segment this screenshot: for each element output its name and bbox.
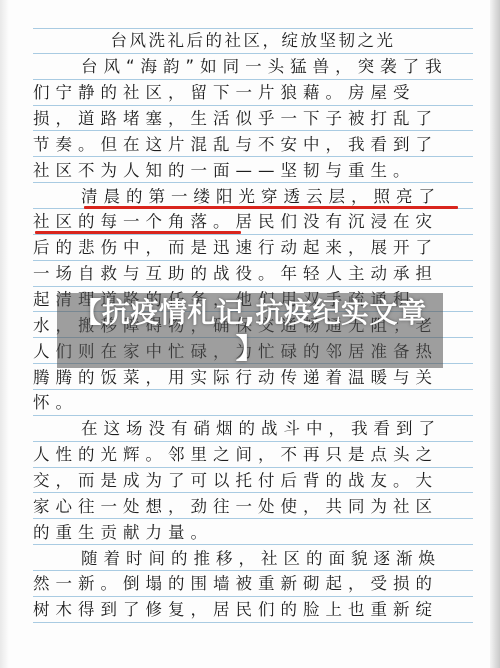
essay-line: 一场自救与互助的战役。年轻人主动承担 (33, 261, 473, 287)
red-underline-1 (84, 206, 458, 209)
essay-line: 怀。 (33, 390, 473, 416)
essay-line: 然一新。倒塌的围墙被重新砌起，受损的 (33, 571, 473, 597)
essay-line: 树木得到了修复，居民们的脸上也重新绽 (33, 597, 473, 623)
essay-line-text: 台风“海韵”如同一头猛兽，突袭了我 (81, 59, 448, 76)
essay-line-text: 人性的光辉。邻里之间，不再只是点头之 (33, 447, 438, 464)
essay-line: 后的悲伤中，而是迅速行动起来，展开了 (33, 235, 473, 261)
essay-line-text: 在这场没有硝烟的战斗中，我看到了 (81, 421, 441, 438)
photo-edge-right (490, 0, 500, 668)
essay-line-text: 交，而是成为了可以托付后背的战友。大 (33, 473, 438, 490)
essay-line: 腾腾的饭菜，用实际行动传递着温暖与关 (33, 364, 473, 390)
essay-line-text: 社区不为人知的一面——坚韧与重生。 (33, 163, 416, 180)
essay-line: 们宁静的社区，留下一片狼藉。房屋受 (33, 80, 473, 106)
photo-edge-left (0, 0, 9, 668)
essay-line-text: 一场自救与互助的战役。年轻人主动承担 (33, 266, 438, 283)
essay-line: 社区不为人知的一面——坚韧与重生。 (33, 157, 473, 183)
essay-line-text: 家心往一处想，劲往一处使，共同为社区 (33, 499, 438, 516)
essay-line: 节奏。但在这片混乱与不安中，我看到了 (33, 131, 473, 157)
essay-line-text: 怀。 (33, 395, 78, 412)
essay-line-text: 节奏。但在这片混乱与不安中，我看到了 (33, 137, 438, 154)
essay-line-text: 清晨的第一缕阳光穿透云层，照亮了 (81, 189, 441, 206)
essay-line: 人性的光辉。邻里之间，不再只是点头之 (33, 442, 473, 468)
essay-line: 台风“海韵”如同一头猛兽，突袭了我 (33, 54, 473, 80)
essay-line-text: 们宁静的社区，留下一片狼藉。房屋受 (33, 85, 416, 102)
essay-line-text: 的重生贡献力量。 (33, 525, 213, 542)
essay-line-text: 随着时间的推移，社区的面貌逐渐焕 (81, 551, 441, 568)
essay-line: 的重生贡献力量。 (33, 519, 473, 545)
essay-line-text: 腾腾的饭菜，用实际行动传递着温暖与关 (33, 370, 438, 387)
notebook-page-photo: 台风洗礼后的社区，绽放坚韧之光 台风“海韵”如同一头猛兽，突袭了我 们宁静的社区… (0, 0, 500, 668)
essay-line: 家心往一处想，劲往一处使，共同为社区 (33, 493, 473, 519)
essay-line: 随着时间的推移，社区的面貌逐渐焕 (33, 545, 473, 571)
red-underline-2 (35, 231, 241, 234)
essay-title-text: 台风洗礼后的社区，绽放坚韧之光 (111, 33, 396, 50)
essay-line: 交，而是成为了可以托付后背的战友。大 (33, 468, 473, 494)
essay-title: 台风洗礼后的社区，绽放坚韧之光 (33, 28, 473, 54)
watermark-text-line2: 】 (236, 331, 265, 367)
essay-line: 损，道路堵塞，生活似乎一下子被打乱了 (33, 106, 473, 132)
essay-line-text: 树木得到了修复，居民们的脸上也重新绽 (33, 602, 438, 619)
essay-line-text: 然一新。倒塌的围墙被重新砌起，受损的 (33, 576, 438, 593)
essay-line-text: 后的悲伤中，而是迅速行动起来，展开了 (33, 240, 438, 257)
watermark-text-line1: 【抗疫情札记,抗疫纪实文章 (73, 295, 426, 331)
essay-line-text: 社区的每一个角落。居民们没有沉浸在灾 (33, 214, 438, 231)
essay-line-text: 损，道路堵塞，生活似乎一下子被打乱了 (33, 111, 438, 128)
watermark-overlay: 【抗疫情札记,抗疫纪实文章 】 (57, 293, 443, 368)
essay-line: 在这场没有硝烟的战斗中，我看到了 (33, 416, 473, 442)
